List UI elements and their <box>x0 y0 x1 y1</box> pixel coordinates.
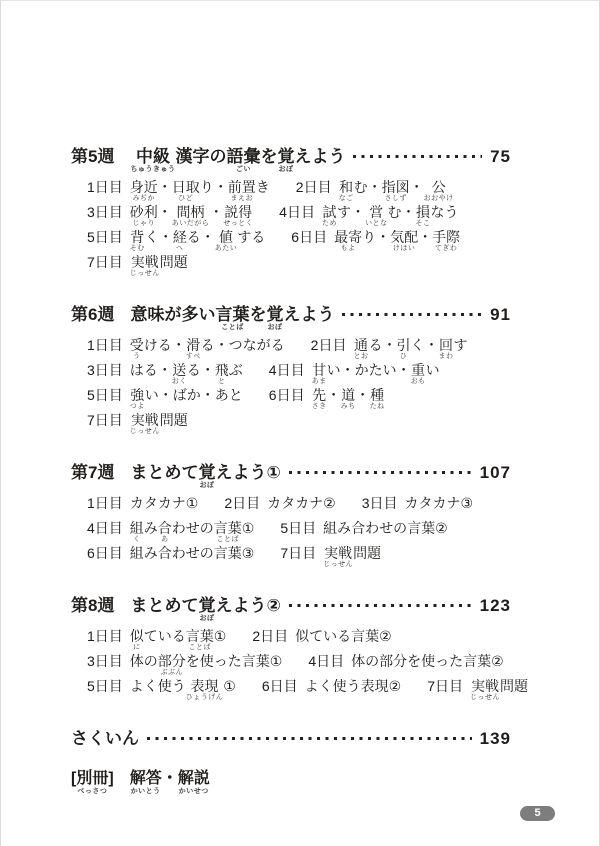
day-entry-text: る・ <box>368 337 396 361</box>
day-entry-text: 合あ <box>158 520 172 544</box>
day-entry: 2日目和なごむ・指図さしず・公おおやけ <box>296 179 454 203</box>
day-entry-text: 体の <box>130 653 158 677</box>
section-page-number: 123 <box>480 596 511 615</box>
section-title-text: えよう <box>215 463 266 490</box>
day-entry-text: 似ている言葉② <box>295 628 392 652</box>
day-label: 6日目 <box>291 229 327 253</box>
section-title-text: 漢字の <box>175 147 226 174</box>
day-entry: 7日目実戦じっせん問題 <box>87 412 188 436</box>
section-page-number: 75 <box>490 147 511 166</box>
section-title-text: 言葉ことば <box>215 305 249 332</box>
day-label: 6日目 <box>269 387 305 411</box>
day-entry: 4日目試ためす・営いとなむ・損そこなう <box>279 204 458 228</box>
day-entry-text: 経へ <box>173 229 187 253</box>
day-entry-text: 強つよ <box>130 387 145 411</box>
day-entry-text: く・ <box>410 337 438 361</box>
day-entry-text: する <box>237 229 265 253</box>
day-entry-text: わせの <box>172 520 214 544</box>
day-entry-text: 損そこ <box>415 204 430 228</box>
day-entry-text: 言葉ことば <box>214 520 242 544</box>
day-label: 2日目 <box>311 337 347 361</box>
day-entry-text: 先さき <box>312 387 327 411</box>
section-title-text: 覚おぼ <box>266 305 283 332</box>
day-entry-text: 問題 <box>500 678 528 702</box>
day-entry-text: む・ <box>387 204 415 228</box>
appendix-text: 解答かいとう <box>130 770 162 796</box>
dot-leader <box>353 155 482 158</box>
day-label: 2日目 <box>224 495 260 519</box>
section-week-label: 第7週 <box>71 463 114 490</box>
day-label: 5日目 <box>280 520 316 544</box>
day-entry: 6日目最寄もより・気配けはい・手際てぎわ <box>291 229 460 253</box>
day-entry-text: 営いとな <box>365 204 388 228</box>
day-entry-text: る・ <box>187 362 215 386</box>
day-row: 3日目体の部分ぶぶんを使った言葉①4日目体の部分を使った言葉② <box>87 653 511 677</box>
day-entry-text: 問題 <box>353 545 381 569</box>
day-label: 3日目 <box>87 204 123 228</box>
appendix-entry: [別冊べっさつ] 解答かいとう・解説かいせつ <box>71 770 511 796</box>
day-entry-text: 背そむ <box>130 229 145 253</box>
day-entry-text: く・ <box>145 229 173 253</box>
day-label: 5日目 <box>87 229 123 253</box>
day-entry: 7日目実戦じっせん問題 <box>427 678 528 702</box>
day-entry-text: り・ <box>362 229 390 253</box>
index-page-number: 139 <box>480 729 511 748</box>
day-label: 6日目 <box>262 678 298 702</box>
day-entry-text: い・ばか・あと <box>145 387 243 411</box>
day-entry: 2日目通とおる・引ひく・回まわす <box>311 337 468 361</box>
day-entry: 1日目身近みぢか・日取ひどり・前置まえおき <box>87 179 270 203</box>
section-title-text: 意味が多い <box>130 305 215 332</box>
appendix-text: ・ <box>162 770 178 796</box>
day-entry-text: 甘あま <box>312 362 327 386</box>
day-entry-text: はる・ <box>130 362 172 386</box>
section-title-text: えよう <box>215 596 266 623</box>
day-entry-text: す・ <box>337 204 365 228</box>
day-entry-text: ・ <box>209 204 223 228</box>
day-entry-text: ・ <box>410 179 424 203</box>
day-label: 4日目 <box>279 204 315 228</box>
dot-leader <box>289 471 472 474</box>
day-entry-text: 重おも <box>411 362 426 386</box>
section-week-label: 第6週 <box>71 305 114 332</box>
day-label: 3日目 <box>87 362 123 386</box>
day-entry: 6日目先さき・道みち・種たね <box>269 387 385 411</box>
day-label: 1日目 <box>87 628 123 652</box>
day-entry-text: 送おく <box>172 362 187 386</box>
page-number-badge: 5 <box>520 806 555 821</box>
day-entry: 2日目カタカナ② <box>224 495 335 519</box>
day-entry: 1日目似にている言葉ことば① <box>87 628 226 652</box>
day-label: 2日目 <box>296 179 332 203</box>
toc-section-week5: 第5週中級ちゅうきゅう漢字の語彙ごいを覚おぼえよう751日目身近みぢか・日取ひど… <box>71 147 511 278</box>
toc-page: 第5週中級ちゅうきゅう漢字の語彙ごいを覚おぼえよう751日目身近みぢか・日取ひど… <box>71 147 511 796</box>
day-entry-text: る・つながる <box>201 337 285 361</box>
day-entry-text: 値あたい <box>215 229 238 253</box>
day-entry-text: 引ひ <box>396 337 410 361</box>
day-entry-text: 組み合わせの言葉③ <box>130 545 255 569</box>
day-label: 4日目 <box>87 520 123 544</box>
section-title-text: を <box>260 147 277 174</box>
day-entry: 5日目組み合わせの言葉② <box>280 520 447 544</box>
day-entry: 4日目甘あまい・かたい・重おもい <box>269 362 440 386</box>
index-title: さくいん <box>71 729 139 756</box>
day-entry-text: 指図さしず <box>382 179 410 203</box>
day-entry-text: 実戦じっせん <box>470 678 500 702</box>
section-day-rows: 1日目カタカナ①2日目カタカナ②3日目カタカナ③4日目組くみ合あわせの言葉ことば… <box>71 495 511 569</box>
day-entry-text: ・ <box>158 179 172 203</box>
day-entry-text: カタカナ③ <box>405 495 474 519</box>
day-entry-text: 手際てぎわ <box>432 229 460 253</box>
section-day-rows: 1日目身近みぢか・日取ひどり・前置まえおき2日目和なごむ・指図さしず・公おおやけ… <box>71 179 511 278</box>
day-entry-text: 試ため <box>322 204 337 228</box>
day-label: 6日目 <box>87 545 123 569</box>
day-row: 1日目カタカナ①2日目カタカナ②3日目カタカナ③ <box>87 495 511 519</box>
day-entry-text: ・ <box>356 387 370 411</box>
day-row: 5日目よく使う表現ひょうげん①6日目よく使う表現②7日目実戦じっせん問題 <box>87 678 511 702</box>
appendix-text <box>114 770 130 796</box>
day-entry-text: む・ <box>354 179 382 203</box>
section-title-text: を <box>249 305 266 332</box>
dot-leader <box>289 604 472 607</box>
section-title-text: ② <box>266 596 280 623</box>
day-entry-text: 組く <box>130 520 144 544</box>
day-entry-text: 受う <box>130 337 144 361</box>
appendix-text: 解説かいせつ <box>178 770 210 796</box>
day-entry-text: よく使う <box>130 678 186 702</box>
day-entry-text: 身近みぢか <box>130 179 158 203</box>
section-title-text: えよう <box>283 305 334 332</box>
day-entry: 1日目受うける・滑すべる・つながる <box>87 337 285 361</box>
day-entry: 4日目体の部分を使った言葉② <box>308 653 503 677</box>
day-row: 1日目受うける・滑すべる・つながる2日目通とおる・引ひく・回まわす <box>87 337 511 361</box>
day-entry-text: 体の部分を使った言葉② <box>351 653 504 677</box>
day-entry-text: き <box>256 179 270 203</box>
section-title-text: 覚おぼ <box>198 596 215 623</box>
day-entry-text: ① <box>242 520 255 544</box>
section-week-label: 第5週 <box>71 147 114 174</box>
day-entry: 3日目砂利じゃり・間柄あいだがら・説得せっとく <box>87 204 253 228</box>
day-entry-text: 砂利じゃり <box>130 204 158 228</box>
day-label: 1日目 <box>87 179 123 203</box>
day-entry-text: 飛と <box>215 362 229 386</box>
day-entry-text: す <box>453 337 467 361</box>
day-entry: 5日目背そむく・経へる・値あたいする <box>87 229 265 253</box>
day-entry: 3日目体の部分ぶぶんを使った言葉① <box>87 653 282 677</box>
day-row: 1日目似にている言葉ことば①2日目似ている言葉② <box>87 628 511 652</box>
section-title-text: まとめて <box>130 596 198 623</box>
section-day-rows: 1日目似にている言葉ことば①2日目似ている言葉②3日目体の部分ぶぶんを使った言葉… <box>71 628 511 702</box>
day-entry: 3日目はる・送おくる・飛とぶ <box>87 362 243 386</box>
day-entry-text: 気配けはい <box>390 229 418 253</box>
section-heading: 第8週まとめて覚おぼえよう②123 <box>71 596 511 623</box>
day-row: 4日目組くみ合あわせの言葉ことば①5日目組み合わせの言葉② <box>87 520 511 544</box>
day-entry-text: 道みち <box>341 387 356 411</box>
day-entry-text: ける・ <box>144 337 186 361</box>
day-entry-text: 説得せっとく <box>223 204 253 228</box>
day-row: 7日目実戦じっせん問題 <box>87 254 511 278</box>
day-entry-text: 部分ぶぶん <box>158 653 186 677</box>
day-entry: 6日目組み合わせの言葉③ <box>87 545 254 569</box>
day-entry-text: ぶ <box>229 362 243 386</box>
day-entry-text: 似に <box>130 628 144 652</box>
index-entry: さくいん 139 <box>71 729 511 756</box>
day-row: 5日目強つよい・ばか・あと6日目先さき・道みち・種たね <box>87 387 511 411</box>
day-entry-text: 最寄もよ <box>334 229 362 253</box>
day-entry-text: 種たね <box>370 387 385 411</box>
day-entry-text: 表現ひょうげん <box>186 678 224 702</box>
day-label: 7日目 <box>87 412 123 436</box>
day-entry-text: 問題 <box>160 254 188 278</box>
day-entry: 1日目カタカナ① <box>87 495 198 519</box>
day-label: 5日目 <box>87 387 123 411</box>
day-entry-text: 実戦じっせん <box>323 545 353 569</box>
section-page-number: 91 <box>490 305 511 324</box>
day-entry: 2日目似ている言葉② <box>252 628 391 652</box>
section-title-text: 覚おぼ <box>277 147 294 174</box>
day-entry-text: ・ <box>158 204 172 228</box>
day-label: 1日目 <box>87 495 123 519</box>
day-label: 3日目 <box>362 495 398 519</box>
day-entry-text: ・ <box>327 387 341 411</box>
day-entry-text: カタカナ② <box>267 495 336 519</box>
toc-section-week6: 第6週意味が多い言葉ことばを覚おぼえよう911日目受うける・滑すべる・つながる2… <box>71 305 511 436</box>
day-entry-text: 前置まえお <box>228 179 256 203</box>
dot-leader <box>147 737 472 740</box>
day-entry-text: 実戦じっせん <box>130 412 160 436</box>
day-entry-text: 和なご <box>339 179 354 203</box>
section-week-label: 第8週 <box>71 596 114 623</box>
day-entry-text: 公おおやけ <box>424 179 454 203</box>
day-label: 7日目 <box>427 678 463 702</box>
day-entry-text: り・ <box>200 179 228 203</box>
section-title-text: まとめて <box>130 463 198 490</box>
day-label: 7日目 <box>280 545 316 569</box>
day-entry: 7日目実戦じっせん問題 <box>87 254 188 278</box>
section-title-text: 覚おぼ <box>198 463 215 490</box>
day-label: 7日目 <box>87 254 123 278</box>
day-entry-text: ている <box>144 628 186 652</box>
day-entry-text: カタカナ① <box>130 495 199 519</box>
day-row: 7日目実戦じっせん問題 <box>87 412 511 436</box>
toc-section-week7: 第7週まとめて覚おぼえよう①1071日目カタカナ①2日目カタカナ②3日目カタカナ… <box>71 463 511 569</box>
day-entry-text: なう <box>430 204 458 228</box>
day-row: 3日目はる・送おくる・飛とぶ4日目甘あまい・かたい・重おもい <box>87 362 511 386</box>
day-entry: 7日目実戦じっせん問題 <box>280 545 381 569</box>
day-label: 2日目 <box>252 628 288 652</box>
day-entry-text: ① <box>214 628 227 652</box>
day-entry-text: 組み合わせの言葉② <box>323 520 448 544</box>
day-entry-text: を使った言葉① <box>186 653 283 677</box>
day-label: 1日目 <box>87 337 123 361</box>
day-entry-text: み <box>144 520 158 544</box>
section-heading: 第6週意味が多い言葉ことばを覚おぼえよう91 <box>71 305 511 332</box>
section-title-text: ① <box>266 463 280 490</box>
day-entry-text: ・ <box>418 229 432 253</box>
day-entry-text: 回まわ <box>438 337 453 361</box>
day-row: 3日目砂利じゃり・間柄あいだがら・説得せっとく4日目試ためす・営いとなむ・損そこ… <box>87 204 511 228</box>
day-entry: 4日目組くみ合あわせの言葉ことば① <box>87 520 254 544</box>
day-entry-text: い・かたい・ <box>327 362 411 386</box>
day-entry-text: 滑すべ <box>186 337 201 361</box>
day-entry-text: 言葉ことば <box>186 628 214 652</box>
day-label: 4日目 <box>269 362 305 386</box>
day-row: 1日目身近みぢか・日取ひどり・前置まえおき2日目和なごむ・指図さしず・公おおやけ <box>87 179 511 203</box>
section-title-text: 語彙ごい <box>226 147 260 174</box>
day-entry: 5日目よく使う表現ひょうげん① <box>87 678 236 702</box>
day-entry: 6日目よく使う表現② <box>262 678 401 702</box>
day-entry-text: る・ <box>187 229 215 253</box>
day-label: 5日目 <box>87 678 123 702</box>
day-label: 4日目 <box>308 653 344 677</box>
day-entry-text: 日取ひど <box>172 179 200 203</box>
dot-leader <box>342 313 482 316</box>
section-title-text: えよう <box>294 147 345 174</box>
day-entry-text: い <box>426 362 440 386</box>
day-entry-text: 通とお <box>353 337 368 361</box>
section-title-text: 中級ちゅうきゅう <box>130 147 175 174</box>
day-entry-text: 実戦じっせん <box>130 254 160 278</box>
day-entry-text: 問題 <box>160 412 188 436</box>
section-page-number: 107 <box>480 463 511 482</box>
section-heading: 第7週まとめて覚おぼえよう①107 <box>71 463 511 490</box>
day-row: 5日目背そむく・経へる・値あたいする6日目最寄もより・気配けはい・手際てぎわ <box>87 229 511 253</box>
appendix-text: 別冊べっさつ <box>76 770 108 796</box>
toc-section-week8: 第8週まとめて覚おぼえよう②1231日目似にている言葉ことば①2日目似ている言葉… <box>71 596 511 702</box>
section-heading: 第5週中級ちゅうきゅう漢字の語彙ごいを覚おぼえよう75 <box>71 147 511 174</box>
toc-sections: 第5週中級ちゅうきゅう漢字の語彙ごいを覚おぼえよう751日目身近みぢか・日取ひど… <box>71 147 511 702</box>
day-row: 6日目組み合わせの言葉③7日目実戦じっせん問題 <box>87 545 511 569</box>
day-label: 3日目 <box>87 653 123 677</box>
section-day-rows: 1日目受うける・滑すべる・つながる2日目通とおる・引ひく・回まわす3日目はる・送… <box>71 337 511 436</box>
day-entry: 5日目強つよい・ばか・あと <box>87 387 243 411</box>
day-entry: 3日目カタカナ③ <box>362 495 473 519</box>
day-entry-text: 間柄あいだがら <box>172 204 210 228</box>
day-entry-text: ① <box>223 678 236 702</box>
day-entry-text: よく使う表現② <box>305 678 402 702</box>
